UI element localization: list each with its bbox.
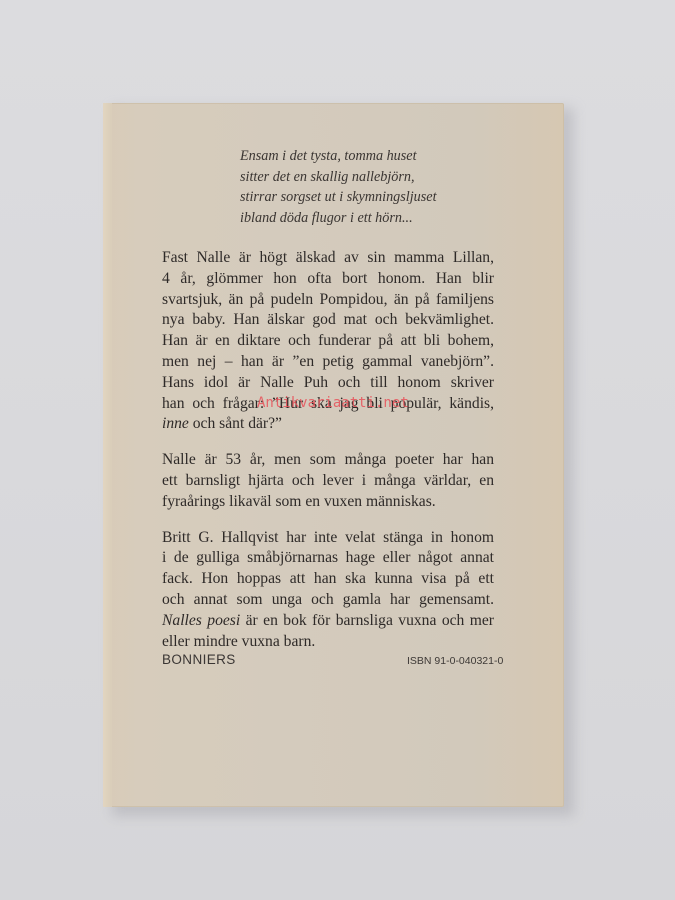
text-fragment: och sånt där?” [189, 415, 282, 432]
poem-excerpt: Ensam i det tysta, tomma huset sitter de… [240, 146, 437, 228]
text-line: svartsjuk, än på pudeln Pompidou, än på … [162, 290, 494, 311]
book-back-cover: Ensam i det tysta, tomma huset sitter de… [103, 103, 564, 807]
text-line: fyraårings likaväl som en vuxen människa… [162, 492, 494, 513]
blurb: Fast Nalle är högt älskad av sin mamma L… [162, 248, 494, 667]
poem-line: ibland döda flugor i ett hörn... [240, 208, 437, 229]
watermark: Antikvariaatti.net [257, 395, 409, 411]
poem-line: stirrar sorgset ut i skymningsljuset [240, 187, 437, 208]
book-title-italic: Nalles poesi [162, 612, 240, 629]
isbn-number: ISBN 91-0-040321-0 [407, 655, 503, 667]
text-line: i de gulliga småbjörnarnas hage eller nå… [162, 548, 494, 569]
poem-line: sitter det en skallig nallebjörn, [240, 167, 437, 188]
text-line: Hans idol är Nalle Puh och till honom sk… [162, 373, 494, 394]
text-line: eller mindre vuxna barn. [162, 632, 494, 653]
text-line: ett barnsligt hjärta och lever i många v… [162, 471, 494, 492]
text-line: men nej – han är ”en petig gammal vanebj… [162, 352, 494, 373]
text-line: Han är en diktare och funderar på att bl… [162, 331, 494, 352]
text-fragment: är en bok för barnsliga vuxna och mer [240, 612, 494, 629]
text-line: nya baby. Han älskar god mat och bekväml… [162, 310, 494, 331]
poem-line: Ensam i det tysta, tomma huset [240, 146, 437, 167]
text-line: inne och sånt där?” [162, 414, 494, 435]
text-line: Nalle är 53 år, men som många poeter har… [162, 450, 494, 471]
publisher-name: BONNIERS [162, 652, 236, 667]
text-line: 4 år, glömmer hon ofta bort honom. Han b… [162, 269, 494, 290]
book-edge [103, 103, 112, 807]
text-line: och annat som unga och gamla har gemensa… [162, 590, 494, 611]
text-line: Britt G. Hallqvist har inte velat stänga… [162, 528, 494, 549]
blurb-paragraph-2: Nalle är 53 år, men som många poeter har… [162, 450, 494, 512]
italic-word: inne [162, 415, 189, 432]
blurb-paragraph-3: Britt G. Hallqvist har inte velat stänga… [162, 528, 494, 653]
text-line: fack. Hon hoppas att han ska kunna visa … [162, 569, 494, 590]
text-line: Nalles poesi är en bok för barnsliga vux… [162, 611, 494, 632]
text-line: Fast Nalle är högt älskad av sin mamma L… [162, 248, 494, 269]
